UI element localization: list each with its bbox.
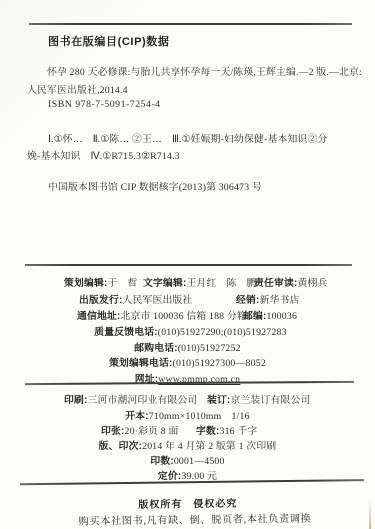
sheets-label: 印张: (101, 426, 124, 437)
feedback-phone-value: (010)51927290;(010)51927283 (158, 327, 287, 338)
scan-edge-artifact (369, 499, 371, 529)
edition-line: 版、印次:2014 年 4 月第 2 版第 1 次印刷 (0, 438, 375, 452)
planning-phone-value: (010)51927300—8052 (173, 358, 266, 369)
cip-entry-line1: 怀孕 280 天必修课:与胎儿共享怀孕每一天/陈瑛,王辉主编.—2 版.—北京: (47, 64, 362, 78)
address-value: 北京市 100036 信箱 188 分箱 (120, 311, 246, 322)
publisher-value: 人民军医出版社 (122, 295, 192, 306)
edition-value: 2014 年 4 月第 2 版第 1 次印刷 (142, 441, 276, 452)
reviewer-value: 黄栩兵 (297, 278, 327, 289)
cip-entry-line2: 人民军医出版社,2014.4 (27, 82, 128, 96)
feedback-phone-line: 质量反馈电话:(010)51927290;(010)51927283 (0, 324, 375, 338)
bottom-rule (20, 479, 364, 485)
postcode-value: 100036 (266, 311, 297, 322)
print-run-value: 0001—4500 (174, 456, 225, 467)
mail-order-phone-line: 邮购电话:(010)51927252 (0, 340, 375, 354)
mail-order-phone-label: 邮购电话: (134, 343, 177, 354)
exchange-notice: 购买本社图书,凡有缺、倒、脱页者,本社负责调换 (0, 509, 375, 529)
cip-copyright-page: 图书在版编目(CIP)数据 怀孕 280 天必修课:与胎儿共享怀孕每一天/陈瑛,… (0, 0, 375, 529)
text-editor-value: 王月红 陈 鹏 (186, 278, 256, 289)
printer-line: 印刷:三河市潮河印业有限公司 装订:京兰装订有限公司 (0, 392, 375, 406)
top-rule (29, 23, 352, 25)
middle-rule (25, 264, 352, 266)
classification-line2: 娩-基本知识 Ⅳ.①R715.3②R714.3 (27, 148, 180, 162)
publisher-line: 出版发行:人民军医出版社 经销:新华书店 (0, 292, 375, 306)
postcode-label: 邮编: (243, 311, 266, 322)
print-run-label: 印数: (150, 456, 173, 467)
distributor-value: 新华书店 (259, 295, 299, 306)
footer-section: 版权所有 侵权必究 购买本社图书,凡有缺、倒、脱页者,本社负责调换 (0, 477, 375, 529)
words-value: 316 千字 (219, 426, 257, 437)
planning-editor-label: 策划编辑: (64, 278, 107, 289)
feedback-phone-label: 质量反馈电话: (94, 327, 157, 338)
binder-label: 装订: (207, 395, 230, 406)
distributor-label: 经销: (236, 295, 259, 306)
text-editor-label: 文字编辑: (143, 278, 186, 289)
cip-record-number: 中国版本图书馆 CIP 数据核字(2013)第 306473 号 (48, 179, 262, 193)
sheets-value: 20·彩页 8 面 (124, 426, 178, 437)
planning-phone-label: 策划编辑电话: (109, 358, 172, 369)
mail-order-phone-value: (010)51927252 (178, 343, 241, 354)
binder-value: 京兰装订有限公司 (230, 395, 310, 406)
format-label: 开本: (125, 411, 148, 422)
editors-line: 策划编辑:于 哲 文字编辑:王月红 陈 鹏 责任审读:黄栩兵 (0, 275, 375, 289)
format-line: 开本:710mm×1010mm 1/16 (0, 408, 375, 422)
printer-value: 三河市潮河印业有限公司 (87, 395, 197, 406)
edition-label: 版、印次: (99, 441, 142, 452)
address-label: 通信地址: (77, 311, 120, 322)
printer-label: 印刷: (64, 395, 87, 406)
isbn-line: ISBN 978-7-5091-7254-4 (48, 99, 161, 110)
sheets-words-line: 印张:20·彩页 8 面 字数:316 千字 (0, 423, 375, 437)
address-line: 通信地址:北京市 100036 信箱 188 分箱 邮编:100036 (0, 308, 375, 322)
print-run-line: 印数:0001—4500 (0, 453, 375, 467)
format-value: 710mm×1010mm 1/16 (149, 411, 250, 422)
classification-line1: Ⅰ.①怀… Ⅱ.①陈… ②王… Ⅲ.①妊娠期-妇幼保健-基本知识②分 (48, 131, 327, 145)
cip-heading: 图书在版编目(CIP)数据 (48, 33, 169, 49)
publisher-label: 出版发行: (79, 295, 122, 306)
reviewer-label: 责任审读: (254, 278, 297, 289)
planning-editor-value: 于 哲 (107, 278, 137, 289)
planning-phone-line: 策划编辑电话:(010)51927300—8052 (0, 355, 375, 369)
words-label: 字数: (196, 426, 219, 437)
